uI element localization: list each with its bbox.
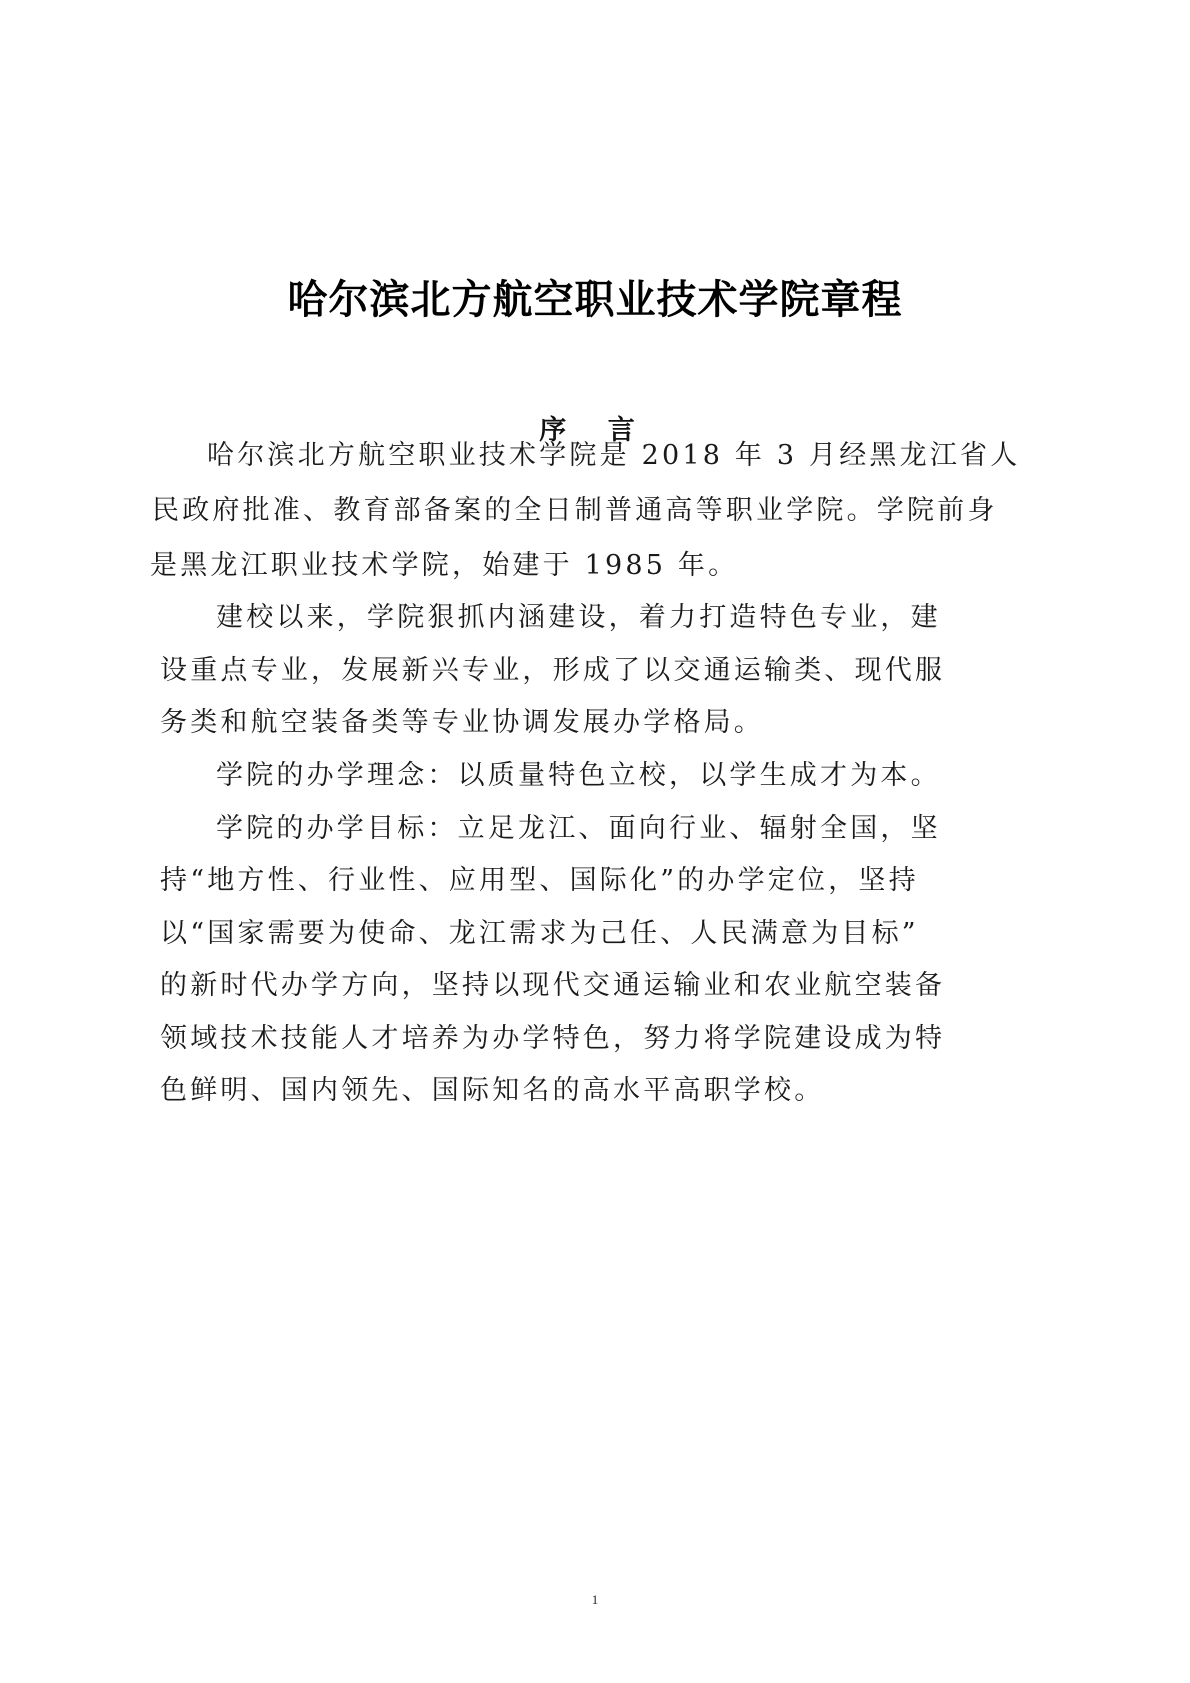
paragraph-line: 民政府批准、教育部备案的全日制普通高等职业学院。学院前身 [152, 488, 998, 527]
paragraph-line: 持“地方性、行业性、应用型、国际化”的办学定位，坚持 [160, 858, 919, 897]
document-title: 哈尔滨北方航空职业技术学院章程 [0, 268, 1190, 325]
paragraph-line: 学院的办学目标：立足龙江、面向行业、辐射全国，坚 [216, 806, 941, 845]
paragraph-line: 务类和航空装备类等专业协调发展办学格局。 [160, 700, 764, 739]
paragraph-line: 学院的办学理念：以质量特色立校，以学生成才为本。 [216, 753, 941, 792]
paragraph-line: 领域技术技能人才培养为办学特色，努力将学院建设成为特 [160, 1016, 945, 1055]
paragraph-line: 色鲜明、国内领先、国际知名的高水平高职学校。 [160, 1068, 824, 1107]
paragraph-line: 的新时代办学方向，坚持以现代交通运输业和农业航空装备 [160, 963, 945, 1002]
document-page: 哈尔滨北方航空职业技术学院章程 序 言 哈尔滨北方航空职业技术学院是 2018 … [0, 0, 1190, 1683]
page-number: 1 [0, 1592, 1190, 1608]
paragraph-line: 是黑龙江职业技术学院，始建于 1985 年。 [150, 543, 738, 582]
paragraph-line: 设重点专业，发展新兴专业，形成了以交通运输类、现代服 [160, 648, 945, 687]
paragraph-line: 建校以来，学院狠抓内涵建设，着力打造特色专业，建 [216, 595, 941, 634]
paragraph-line: 以“国家需要为使命、龙江需求为己任、人民满意为目标” [160, 911, 919, 950]
paragraph-line: 哈尔滨北方航空职业技术学院是 2018 年 3 月经黑龙江省人 [207, 433, 1020, 472]
